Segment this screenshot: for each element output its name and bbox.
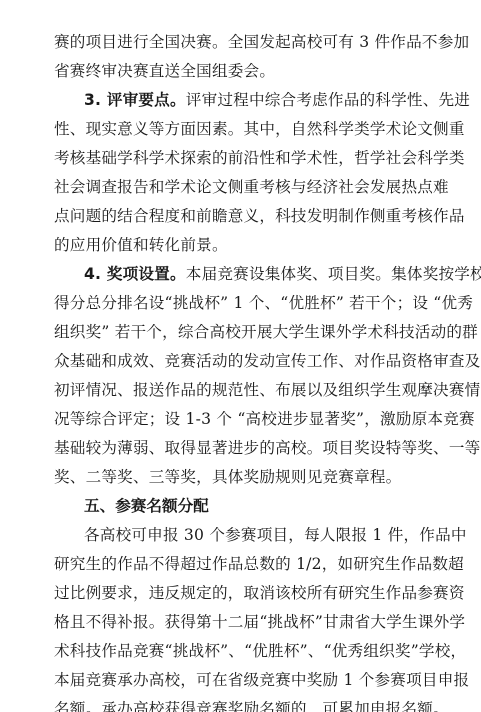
item-3-label: 3. 评审要点。 [84, 91, 186, 109]
text-line: 况等综合评定；设 1-3 个 “高校进步显著奖”，激励原本竞赛 [54, 408, 436, 430]
text-line: 众基础和成效、竞赛活动的发动宣传工作、对作品资格审查及 [54, 350, 436, 372]
item-4-label: 4. 奖项设置。 [84, 265, 186, 283]
text-line: 省赛终审决赛直送全国组委会。 [54, 60, 436, 82]
item-4-text: 本届竞赛设集体奖、项目奖。集体奖按学校 [186, 265, 481, 283]
document-page: 赛的项目进行全国决赛。全国发起高校可有 3 件作品不参加 省赛终审决赛直送全国组… [0, 0, 481, 712]
text-line: 名额。承办高校获得竞赛奖励名额的，可累加申报名额。 [54, 698, 436, 712]
text-line: 赛的项目进行全国决赛。全国发起高校可有 3 件作品不参加 [54, 31, 436, 53]
text-line: 的应用价值和转化前景。 [54, 234, 436, 256]
text-line: 本届竞赛承办高校，可在省级竞赛中奖励 1 个参赛项目申报 [54, 669, 436, 691]
text-line: 社会调查报告和学术论文侧重考核与经济社会发展热点难 [54, 176, 436, 198]
text-line: 奖、二等奖、三等奖，具体奖励规则见竞赛章程。 [54, 466, 436, 488]
text-line: 考核基础学科学术探索的前沿性和学术性，哲学社会科学类 [54, 147, 436, 169]
text-line: 过比例要求，违反规定的，取消该校所有研究生作品参赛资 [54, 582, 436, 604]
text-line: 术科技作品竞赛“挑战杯”、“优胜杯”、“优秀组织奖”学校， [54, 640, 436, 662]
text-line: 组织奖” 若干个，综合高校开展大学生课外学术科技活动的群 [54, 321, 436, 343]
section-heading: 五、参赛名额分配 [84, 495, 209, 517]
text-line: 格且不得补报。获得第十二届“挑战杯”甘肃省大学生课外学 [54, 611, 436, 633]
text-line: 研究生的作品不得超过作品总数的 1/2，如研究生作品数超 [54, 553, 436, 575]
text-line: 性、现实意义等方面因素。其中，自然科学类学术论文侧重 [54, 118, 436, 140]
item-3-text: 评审过程中综合考虑作品的科学性、先进 [186, 91, 470, 109]
text-line: 各高校可申报 30 个参赛项目，每人限报 1 件，作品中 [84, 524, 436, 546]
item-3-first-line: 3. 评审要点。评审过程中综合考虑作品的科学性、先进 [84, 89, 436, 111]
text-line: 基础较为薄弱、取得显著进步的高校。项目奖设特等奖、一等 [54, 437, 436, 459]
text-line: 初评情况、报送作品的规范性、布展以及组织学生观摩决赛情 [54, 379, 436, 401]
text-line: 点问题的结合程度和前瞻意义，科技发明制作侧重考核作品 [54, 205, 436, 227]
text-line: 得分总分排名设“挑战杯” 1 个、“优胜杯” 若干个；设 “优秀 [54, 292, 436, 314]
item-4-first-line: 4. 奖项设置。本届竞赛设集体奖、项目奖。集体奖按学校 [84, 263, 436, 285]
